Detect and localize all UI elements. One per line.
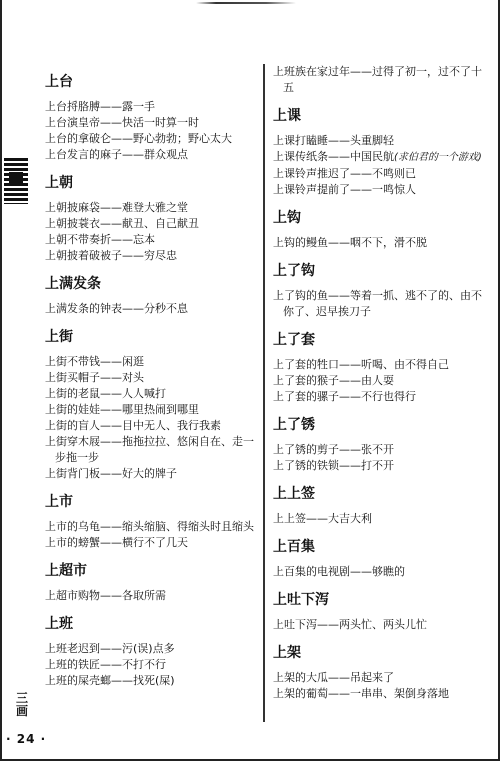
section-title: 上上签 [273, 484, 488, 504]
entry: 上了套的骡子——不行也得行 [273, 389, 488, 405]
section-shangke: 上课 上课打瞌睡——头重脚轻 上课传纸条——中国民航(求伯君的一个游戏) 上课铃… [273, 106, 488, 198]
section-shangchao: 上朝 上朝披麻袋——难登大雅之堂 上朝披蓑衣——献丑、自己献丑 上朝不带奏折——… [45, 173, 257, 264]
section-title: 上超市 [45, 561, 257, 581]
entry: 上架的葡萄——一串串、架倒身落地 [273, 686, 488, 702]
section-title: 上课 [273, 106, 488, 126]
section-shangjia: 上架 上架的大瓜——吊起来了 上架的葡萄——一串串、架倒身落地 [273, 643, 488, 702]
entry: 上架的大瓜——吊起来了 [273, 670, 488, 686]
continued-entries: 上班族在家过年——过得了初一，过不了十五 [273, 64, 488, 96]
section-title: 上吐下泻 [273, 590, 488, 610]
section-title: 上了锈 [273, 415, 488, 435]
entry: 上吐下泻——两头忙、两头儿忙 [273, 617, 488, 633]
entry: 上了钩的鱼——等着一抓、逃不了的、由不你了、迟早挨刀子 [273, 288, 488, 320]
section-title: 上了套 [273, 330, 488, 350]
entry: 上满发条的钟表——分秒不息 [45, 301, 257, 317]
section-shangban: 上班 上班老迟到——污(误)点多 上班的铁匠——不打不行 上班的屎壳螂——找死(… [45, 614, 257, 689]
entry: 上了锈的铁锁——打不开 [273, 458, 488, 474]
page-number: · 24 · [6, 732, 46, 746]
entry-text: 上课传纸条——中国民航 [273, 150, 394, 163]
entry: 上班老迟到——污(误)点多 [45, 641, 257, 657]
entry: 上台的拿破仑——野心勃勃；野心太大 [45, 131, 257, 147]
entry: 上班的铁匠——不打不行 [45, 657, 257, 673]
entry: 上钩的鳗鱼——咽不下，滑不脱 [273, 235, 488, 251]
entry: 上街背门板——好大的牌子 [45, 466, 257, 482]
section-shangshi: 上市 上市的乌龟——缩头缩脑、得缩头时且缩头 上市的螃蟹——横行不了几天 [45, 492, 257, 551]
entry: 上街不带钱——闲逛 [45, 354, 257, 370]
entry-with-gloss: 上课传纸条——中国民航(求伯君的一个游戏) [273, 149, 488, 166]
entry: 上课打瞌睡——头重脚轻 [273, 133, 488, 149]
entry: 上台演皇帝——快活一时算一时 [45, 115, 257, 131]
entry: 上台捋胳膊——露一手 [45, 99, 257, 115]
section-title: 上架 [273, 643, 488, 663]
entry: 上班族在家过年——过得了初一，过不了十五 [273, 64, 488, 96]
entry: 上街的娃娃——哪里热闹到哪里 [45, 402, 257, 418]
section-shanglegou: 上了钩 上了钩的鱼——等着一抓、逃不了的、由不你了、迟早挨刀子 [273, 261, 488, 320]
entry: 上超市购物——各取所需 [45, 588, 257, 604]
entry: 上朝披蓑衣——献丑、自己献丑 [45, 216, 257, 232]
section-shangmanfatiao: 上满发条 上满发条的钟表——分秒不息 [45, 274, 257, 317]
left-column: 上台 上台捋胳膊——露一手 上台演皇帝——快活一时算一时 上台的拿破仑——野心勃… [45, 72, 257, 699]
section-title: 上朝 [45, 173, 257, 193]
entry: 上了套的牲口——听喝、由不得自己 [273, 357, 488, 373]
entry: 上市的螃蟹——横行不了几天 [45, 535, 257, 551]
entry: 上台发言的麻子——群众观点 [45, 147, 257, 163]
section-title: 上满发条 [45, 274, 257, 294]
entry: 上街的盲人——目中无人、我行我素 [45, 418, 257, 434]
entry: 上了套的猴子——由人耍 [273, 373, 488, 389]
stroke-count-label: 三画 [15, 692, 29, 718]
entry: 上百集的电视剧——够瞧的 [273, 564, 488, 580]
thumb-index-tab [4, 158, 28, 204]
entry: 上市的乌龟——缩头缩脑、得缩头时且缩头 [45, 519, 257, 535]
section-shangtuxiaxie: 上吐下泻 上吐下泻——两头忙、两头儿忙 [273, 590, 488, 633]
section-title: 上百集 [273, 537, 488, 557]
entry: 上朝不带奏折——忘本 [45, 232, 257, 248]
scan-smudge [196, 2, 296, 4]
section-shanggou: 上钩 上钩的鳗鱼——咽不下，滑不脱 [273, 208, 488, 251]
section-shangletao: 上了套 上了套的牲口——听喝、由不得自己 上了套的猴子——由人耍 上了套的骡子—… [273, 330, 488, 405]
entry: 上朝披麻袋——难登大雅之堂 [45, 200, 257, 216]
entry: 上班的屎壳螂——找死(屎) [45, 673, 257, 689]
section-title: 上台 [45, 72, 257, 92]
entry: 上课铃声推迟了——不鸣则已 [273, 166, 488, 182]
section-shangelexiu: 上了锈 上了锈的剪子——张不开 上了锈的铁锁——打不开 [273, 415, 488, 474]
entry: 上课铃声提前了——一鸣惊人 [273, 182, 488, 198]
entry: 上上签——大吉大利 [273, 511, 488, 527]
section-title: 上钩 [273, 208, 488, 228]
entry-gloss: (求伯君的一个游戏) [394, 152, 482, 163]
section-shangchaoshi: 上超市 上超市购物——各取所需 [45, 561, 257, 604]
entry: 上街买帽子——对头 [45, 370, 257, 386]
entry: 上朝披着破被子——穷尽忠 [45, 248, 257, 264]
entry: 上街穿木屐——拖拖拉拉、悠闲自在、走一步拖一步 [45, 434, 257, 466]
section-shangshangqian: 上上签 上上签——大吉大利 [273, 484, 488, 527]
section-shangbaiji: 上百集 上百集的电视剧——够瞧的 [273, 537, 488, 580]
entry: 上街的老鼠——人人喊打 [45, 386, 257, 402]
section-title: 上了钩 [273, 261, 488, 281]
section-title: 上班 [45, 614, 257, 634]
column-divider [263, 64, 265, 722]
entry: 上了锈的剪子——张不开 [273, 442, 488, 458]
section-title: 上市 [45, 492, 257, 512]
right-column: 上班族在家过年——过得了初一，过不了十五 上课 上课打瞌睡——头重脚轻 上课传纸… [273, 64, 488, 712]
section-shangtai: 上台 上台捋胳膊——露一手 上台演皇帝——快活一时算一时 上台的拿破仑——野心勃… [45, 72, 257, 163]
section-title: 上街 [45, 327, 257, 347]
section-shangjie: 上街 上街不带钱——闲逛 上街买帽子——对头 上街的老鼠——人人喊打 上街的娃娃… [45, 327, 257, 482]
